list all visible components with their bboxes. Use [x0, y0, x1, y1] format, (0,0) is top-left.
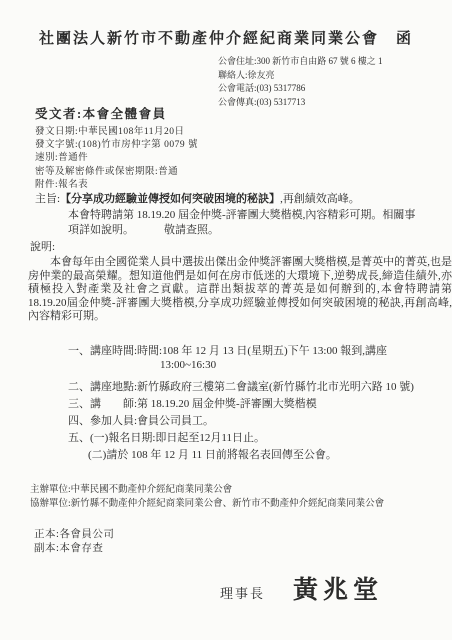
subject-line1-rest: ,再創績效高峰。 [280, 193, 360, 205]
subject-line3-part2: 敬請查照。 [164, 224, 219, 236]
attachment-line: 附件:報名表 [35, 179, 198, 192]
chairman-title: 理事長 [220, 583, 265, 602]
explanation-list: 一、講座時間:時間:108 年 12 月 13 日(星期五)下午 13:00 報… [68, 344, 448, 465]
original-copy: 正本:各會員公司 [34, 528, 114, 542]
list-item-1-line2: 13:00~16:30 [160, 358, 448, 372]
subject-line3-part1: 項詳如說明。 [68, 224, 134, 236]
subject-block: 主旨:【分享成功經驗並傳授如何突破困境的秘訣】,再創績效高峰。 本會特聘請第 1… [35, 192, 435, 239]
letter-page: 社團法人新竹市不動產仲介經紀商業同業公會 函 公會住址:300 新竹市自由路 6… [0, 0, 452, 640]
list-item-4: 四、參加人員:會員公司員工。 [68, 414, 448, 428]
issue-date: 發文日期:中華民國108年11月20日 [35, 126, 198, 139]
list-item-5: 五、(一)報名日期:即日起至12月11日止。 [68, 431, 448, 445]
document-title: 社團法人新竹市不動產仲介經紀商業同業公會 函 [0, 27, 452, 48]
subject-line1: 主旨:【分享成功經驗並傳授如何突破困境的秘訣】,再創績效高峰。 [35, 192, 435, 208]
org-address: 公會住址:300 新竹市自由路 67 號 6 樓之 1 [218, 55, 383, 69]
signature-block: 理事長 黃兆堂 [220, 570, 383, 606]
body-paragraph: 本會每年由全國從業人員中選拔出傑出金仲獎評審團大獎楷模,是菁英中的菁英,也是房仲… [28, 256, 452, 324]
subject-line3: 項詳如說明。敬請查照。 [68, 223, 435, 239]
organizers-block: 主辦單位:中華民國不動產仲介經紀商業同業公會 協辦單位:新竹縣不動產仲介經紀商業… [30, 484, 384, 511]
org-phone: 公會電話:(03) 5317786 [218, 82, 383, 96]
subject-label: 主旨: [35, 193, 60, 205]
list-item-1: 一、講座時間:時間:108 年 12 月 13 日(星期五)下午 13:00 報… [68, 344, 448, 372]
host-organizer: 主辦單位:中華民國不動產仲介經紀商業同業公會 [30, 484, 384, 498]
doc-number: 發文字號:(108)竹市房仲字第 0079 號 [35, 139, 198, 152]
explanation-label: 說明: [30, 238, 55, 254]
meta-block: 發文日期:中華民國108年11月20日 發文字號:(108)竹市房仲字第 007… [35, 126, 198, 192]
list-item-6: (二)請於 108 年 12 月 11 日前將報名表回傳至公會。 [88, 448, 448, 462]
copies-block: 正本:各會員公司 副本:本會存查 [34, 528, 114, 556]
list-item-3: 三、講 師:第 18.19.20 屆金仲獎-評審團大獎楷模 [68, 397, 448, 411]
speed-class: 速別:普通件 [35, 152, 198, 165]
subject-highlight: 【分享成功經驗並傳授如何突破困境的秘訣】 [60, 193, 280, 205]
subject-line2: 本會特聘請第 18.19.20 屆金仲獎-評審團大獎楷模,內容精彩可期。相關事 [68, 208, 435, 224]
chairman-name: 黃兆堂 [293, 570, 383, 606]
list-item-2: 二、講座地點:新竹縣政府三樓第二會議室(新竹縣竹北市光明六路 10 號) [68, 380, 448, 394]
co-organizer: 協辦單位:新竹縣不動產仲介經紀商業同業公會、新竹市不動產仲介經紀商業同業公會 [30, 498, 384, 512]
recipient-line: 受文者:本會全體會員 [35, 104, 167, 122]
list-item-1-line1: 一、講座時間:時間:108 年 12 月 13 日(星期五)下午 13:00 報… [68, 344, 448, 358]
org-contact: 聯絡人:徐友亮 [218, 69, 383, 83]
security-class: 密等及解密條件或保密期限:普通 [35, 166, 198, 179]
org-info-block: 公會住址:300 新竹市自由路 67 號 6 樓之 1 聯絡人:徐友亮 公會電話… [218, 55, 383, 109]
org-fax: 公會傳真:(03) 5317713 [218, 96, 383, 110]
duplicate-copy: 副本:本會存查 [34, 542, 114, 556]
